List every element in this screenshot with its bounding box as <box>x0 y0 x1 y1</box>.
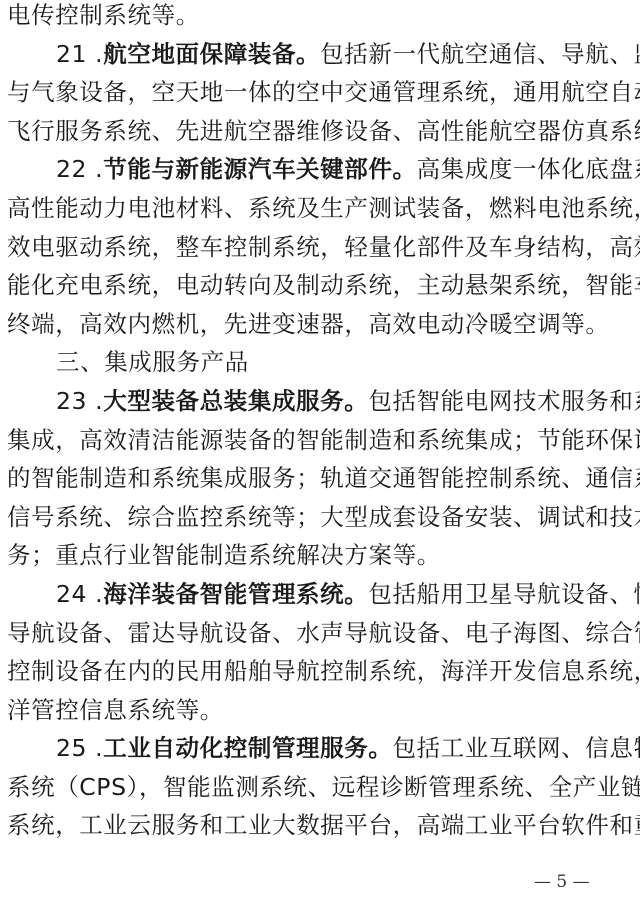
item-title: 工业自动化控制管理服务。 <box>103 734 392 762</box>
item-title: 航空地面保障装备。 <box>103 40 320 68</box>
item-text: 包括工业互联网、信息物理 <box>392 734 640 762</box>
item-number: 23 . <box>56 387 103 415</box>
item-22-heading-line: 22 .节能与新能源汽车关键部件。高集成度一体化底盘系统， <box>7 150 627 189</box>
item-text: 包括新一代航空通信、导航、监视 <box>320 40 640 68</box>
paragraph-line: 控制设备在内的民用船舶导航控制系统，海洋开发信息系统，海 <box>7 652 627 691</box>
paragraph-line: 的智能制造和系统集成服务；轨道交通智能控制系统、通信系统/ <box>7 459 627 498</box>
paragraph-line: 终端，高效内燃机，先进变速器，高效电动冷暖空调等。 <box>7 305 627 344</box>
paragraph-line: 高性能动力电池材料、系统及生产测试装备，燃料电池系统，高 <box>7 189 627 228</box>
item-number: 22 . <box>56 155 103 183</box>
item-text: 包括智能电网技术服务和系统 <box>368 387 640 415</box>
item-title: 大型装备总装集成服务。 <box>103 387 368 415</box>
item-25-heading-line: 25 .工业自动化控制管理服务。包括工业互联网、信息物理 <box>7 729 627 768</box>
item-24-heading-line: 24 .海洋装备智能管理系统。包括船用卫星导航设备、惯性 <box>7 575 627 614</box>
item-title: 海洋装备智能管理系统。 <box>103 580 368 608</box>
item-23-heading-line: 23 .大型装备总装集成服务。包括智能电网技术服务和系统 <box>7 382 627 421</box>
paragraph-line: 飞行服务系统、先进航空器维修设备、高性能航空器仿真系统等。 <box>7 112 627 151</box>
item-text: 高集成度一体化底盘系统， <box>417 155 640 183</box>
item-number: 24 . <box>56 580 103 608</box>
section-heading: 三、集成服务产品 <box>7 343 627 382</box>
page-footer: — 5 — <box>0 872 640 900</box>
paragraph-line: 务；重点行业智能制造系统解决方案等。 <box>7 536 627 575</box>
item-21-heading-line: 21 .航空地面保障装备。包括新一代航空通信、导航、监视 <box>7 35 627 74</box>
page-number: — 5 — <box>534 872 590 892</box>
item-number: 21 . <box>56 40 103 68</box>
paragraph-line: 能化充电系统，电动转向及制动系统，主动悬架系统，智能车载 <box>7 266 627 305</box>
paragraph-line: 洋管控信息系统等。 <box>7 691 627 730</box>
paragraph-line: 与气象设备，空天地一体的空中交通管理系统，通用航空自动化 <box>7 73 627 112</box>
paragraph-line: 电传控制系统等。 <box>7 0 627 35</box>
item-text: 包括船用卫星导航设备、惯性 <box>368 580 640 608</box>
paragraph-line: 导航设备、雷达导航设备、水声导航设备、电子海图、综合管理 <box>7 614 627 653</box>
paragraph-line: 集成，高效清洁能源装备的智能制造和系统集成；节能环保设备 <box>7 421 627 460</box>
paragraph-line: 信号系统、综合监控系统等；大型成套设备安装、调试和技术服 <box>7 498 627 537</box>
document-page: 电传控制系统等。 21 .航空地面保障装备。包括新一代航空通信、导航、监视 与气… <box>7 0 627 845</box>
paragraph-line: 系统（CPS），智能监测系统、远程诊断管理系统、全产业链追溯 <box>7 768 627 807</box>
item-title: 节能与新能源汽车关键部件。 <box>103 155 416 183</box>
paragraph-line: 效电驱动系统，整车控制系统，轻量化部件及车身结构，高效智 <box>7 228 627 267</box>
item-number: 25 . <box>56 734 103 762</box>
paragraph-line: 系统，工业云服务和工业大数据平台，高端工业平台软件和重点 <box>7 806 627 845</box>
